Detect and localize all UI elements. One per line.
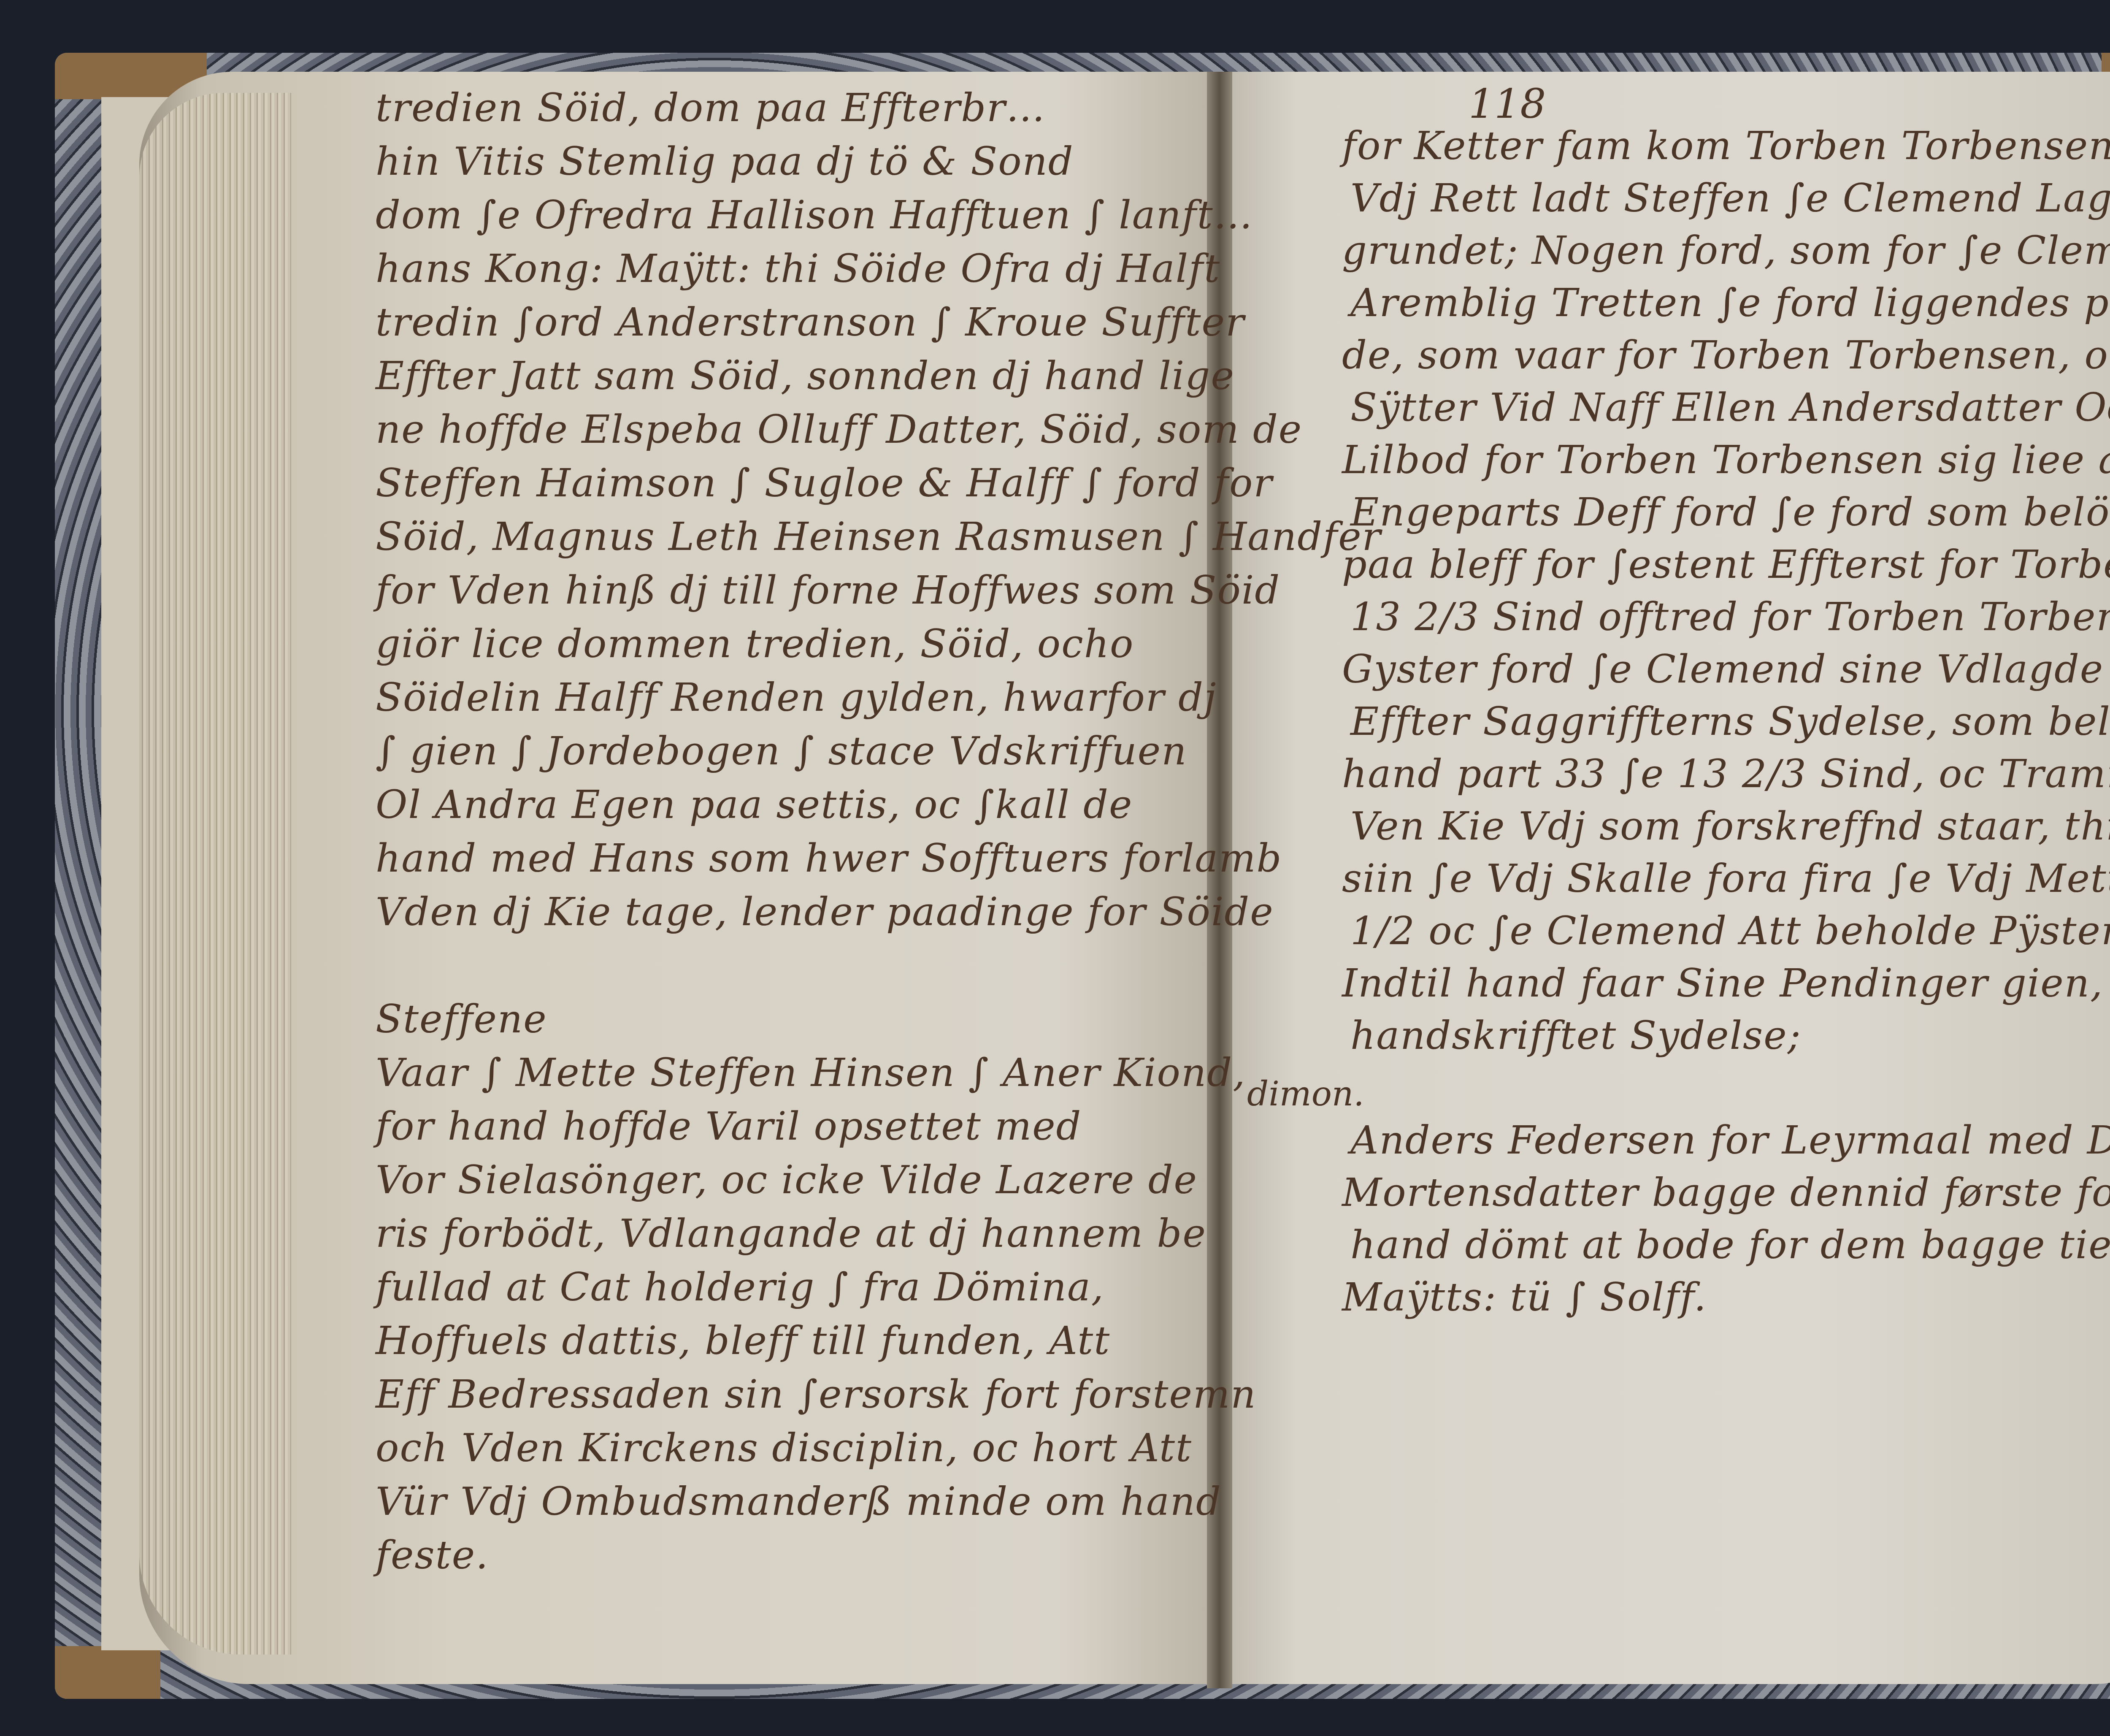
manuscript-line: Aremblig Tretten ∫e ford liggendes paa V… — [1350, 284, 2110, 322]
manuscript-line: 1/2 oc ∫e Clemend Att beholde Pÿstenns a… — [1350, 912, 2110, 951]
manuscript-line: for Ketter fam kom Torben Torbensen oc S… — [1342, 127, 2110, 165]
leather-corner-bottom-left — [55, 1646, 160, 1699]
manuscript-line: ∫ gien ∫ Jordebogen ∫ stace Vdskriffuen — [376, 732, 1187, 771]
page-fore-edge — [139, 93, 291, 1655]
manuscript-line: hand part 33 ∫e 13 2/3 Sind, oc Tramma f… — [1342, 755, 2110, 794]
manuscript-line: Ol Andra Egen paa settis, oc ∫kall de — [376, 785, 1133, 824]
manuscript-line: feste. — [376, 1536, 489, 1575]
manuscript-line: Hoffuels dattis, bleff till funden, Att — [376, 1322, 1110, 1360]
margin-note: dimon. — [1247, 1074, 1364, 1113]
manuscript-line: Steffen Haimson ∫ Sugloe & Halff ∫ ford … — [376, 464, 1273, 503]
manuscript-line: hand med Hans som hwer Sofftuers forlamb — [376, 839, 1282, 878]
manuscript-line: 13 2/3 Sind offtred for Torben Torbensen… — [1350, 598, 2110, 636]
manuscript-line: Vden dj Kie tage, lender paadinge for Sö… — [376, 893, 1274, 932]
manuscript-line: tredien Söid, dom paa Effterbr… — [376, 89, 1046, 127]
manuscript-line: Steffene — [376, 1000, 547, 1039]
manuscript-line: for Vden hinß dj till forne Hoffwes som … — [376, 571, 1280, 610]
manuscript-line: Anders Federsen for Leyrmaal med Dömina — [1350, 1121, 2110, 1160]
manuscript-line: Indtil hand faar Sine Pendinger gien, Ef… — [1342, 964, 2110, 1003]
manuscript-line: Eff Bedressaden sin ∫ersorsk fort forste… — [376, 1375, 1256, 1414]
manuscript-line: siin ∫e Vdj Skalle fora fira ∫e Vdj Mett… — [1342, 859, 2110, 898]
manuscript-line: hand dömt at bode for dem bagge tiee han… — [1350, 1226, 2110, 1265]
manuscript-line: paa bleff for ∫estent Effterst for Torbe… — [1342, 545, 2110, 584]
manuscript-line: handskrifftet Sydelse; — [1350, 1016, 1802, 1055]
manuscript-line: tredin ∫ord Anderstranson ∫ Kroue Suffte… — [376, 303, 1245, 342]
manuscript-line: Vaar ∫ Mette Steffen Hinsen ∫ Aner Kiond… — [376, 1054, 1246, 1092]
manuscript-line: Söidelin Halff Renden gylden, hwarfor dj — [376, 678, 1217, 717]
manuscript-line: Vür Vdj Ombudsmanderß minde om hand — [376, 1482, 1222, 1521]
manuscript-line: ris forbödt, Vdlangande at dj hannem be — [376, 1214, 1206, 1253]
manuscript-line: dom ∫e Ofredra Hallison Hafftuen ∫ lanft… — [376, 196, 1253, 235]
manuscript-line: Vor Sielasönger, oc icke Vilde Lazere de — [376, 1161, 1198, 1200]
manuscript-line: Mortensdatter bagge dennid første forsee… — [1342, 1173, 2110, 1212]
manuscript-line: giör lice dommen tredien, Söid, ocho — [376, 625, 1134, 664]
manuscript-line: Söid, Magnus Leth Heinsen Rasmusen ∫ Han… — [376, 517, 1382, 556]
manuscript-line: hans Kong: Maÿtt: thi Söide Ofra dj Half… — [376, 249, 1220, 288]
manuscript-line: hin Vitis Stemlig paa dj tö & Sond — [376, 142, 1074, 181]
manuscript-line: Effter Saggriffterns Sydelse, som belöbe… — [1350, 702, 2110, 741]
manuscript-line: Maÿtts: tü ∫ Solff. — [1342, 1278, 1707, 1317]
manuscript-line: Gyster ford ∫e Clemend sine Vdlagde Pend… — [1342, 650, 2110, 689]
manuscript-line: Sÿtter Vid Naff Ellen Andersdatter Oddue… — [1350, 388, 2110, 427]
manuscript-line: Ven Kie Vdj som forskreffnd staar, thi h… — [1350, 807, 2110, 846]
manuscript-line: Vdj Rett ladt Steffen ∫e Clemend Lagesen… — [1350, 179, 2110, 218]
manuscript-line: grundet; Nogen ford, som for ∫e Clement … — [1342, 231, 2110, 270]
manuscript-line: Effter Jatt sam Söid, sonnden dj hand li… — [376, 357, 1235, 395]
manuscript-line: Lilbod for Torben Torbensen sig liee at … — [1342, 441, 2110, 479]
manuscript-line: for hand hoffde Varil opsettet med — [376, 1107, 1082, 1146]
manuscript-line: fullad at Cat holderig ∫ fra Dömina, — [376, 1268, 1104, 1307]
manuscript-line: ne hoffde Elspeba Olluff Datter, Söid, s… — [376, 410, 1302, 449]
manuscript-line: Engeparts Deff ford ∫e ford som belöber … — [1350, 493, 2110, 532]
folio-number: 118 — [1469, 80, 1546, 127]
manuscript-line: de, som vaar for Torben Torbensen, oc ha… — [1342, 336, 2110, 375]
manuscript-line: och Vden Kirckens disciplin, oc hort Att — [376, 1429, 1192, 1468]
